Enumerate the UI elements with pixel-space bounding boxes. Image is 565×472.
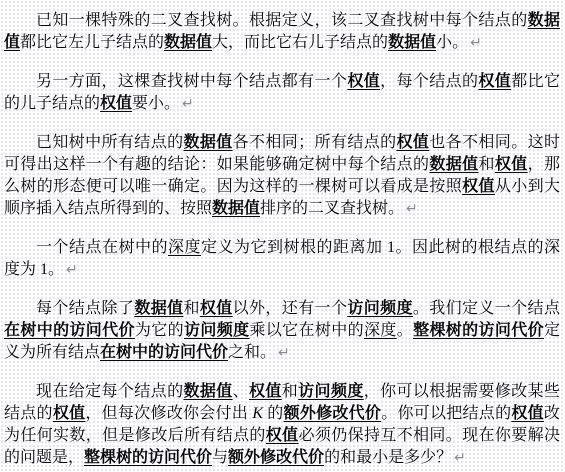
text-run: ，每个结点的 <box>380 73 478 90</box>
text-run: ，但每次修改你会付出 <box>85 405 252 422</box>
key-term: 访问频度 <box>347 300 413 317</box>
paragraph-1: 已知一棵特殊的二叉查找树。根据定义，该二叉查找树中每个结点的数据值都比它左儿子结… <box>4 10 560 54</box>
text-run: 排序的二叉查找树。 <box>260 200 404 217</box>
text-run: 每个结点除了 <box>36 300 134 317</box>
text-run: 和 <box>282 383 298 400</box>
key-term: 额外修改代价 <box>228 449 324 466</box>
key-term: 权值 <box>100 95 132 112</box>
paragraph-6: 现在给定每个结点的数据值、权值和访问频度，你可以根据需要修改某些结点的权值，但每… <box>4 381 560 469</box>
paragraph-mark-icon: ↵ <box>278 345 290 361</box>
text-run: 已知树中所有结点的 <box>36 134 183 151</box>
text-run: 的和最小是多少？ <box>324 449 452 466</box>
text-run: 定义为它到树根的距离加 <box>201 239 387 256</box>
text-run: 、 <box>233 383 249 400</box>
text-run: 要小。 <box>132 95 180 112</box>
key-term: 权值 <box>347 73 380 90</box>
key-term: 权值 <box>249 383 282 400</box>
text-run: 现在给定每个结点的 <box>36 383 183 400</box>
document-body: 已知一棵特殊的二叉查找树。根据定义，该二叉查找树中每个结点的数据值都比它左儿子结… <box>4 10 560 469</box>
text-run: 另一方面，这棵查找树中每个结点都有一个 <box>36 73 347 90</box>
text-run: 为它的 <box>135 322 184 339</box>
underlined-term: 深度 <box>168 239 201 256</box>
key-term: 访问频度 <box>184 322 249 339</box>
text-run: 以外，还有一个 <box>233 300 348 317</box>
key-term: 权值 <box>396 134 429 151</box>
paragraph-2: 另一方面，这棵查找树中每个结点都有一个权值，每个结点的权值都比它的儿子结点的权值… <box>4 71 560 115</box>
variable-k: K <box>252 405 263 422</box>
key-term: 数据值 <box>183 383 232 400</box>
text-run: 。 <box>397 322 413 339</box>
key-term: 访问频度 <box>298 383 364 400</box>
text-run: 与 <box>212 449 228 466</box>
number: 1 <box>387 239 395 256</box>
document-page: 已知一棵特殊的二叉查找树。根据定义，该二叉查找树中每个结点的数据值都比它左儿子结… <box>0 0 565 472</box>
paragraph-4: 一个结点在树中的深度定义为它到树根的距离加 1。因此树的根结点的深度为 1。↵ <box>4 237 560 281</box>
paragraph-mark-icon: ↵ <box>470 35 482 51</box>
text-run: 都比它左儿子结点的 <box>20 34 164 51</box>
key-term: 权值 <box>266 427 299 444</box>
text-run: 。你可以把结点的 <box>381 405 511 422</box>
text-run: 之和。 <box>228 344 276 361</box>
key-term: 整棵树的访问代价 <box>84 449 212 466</box>
paragraph-mark-icon: ↵ <box>454 450 466 466</box>
text-run: 大，而比它右儿子结点的 <box>212 34 388 51</box>
text-run: 一个结点在树中的 <box>36 239 168 256</box>
key-term: 数据值 <box>164 34 212 51</box>
text-run: 乘以它在树中的 <box>249 322 364 339</box>
paragraph-3: 已知树中所有结点的数据值各不相同；所有结点的权值也各不相同。这时可得出这样一个有… <box>4 132 560 220</box>
key-term: 额外修改代价 <box>284 405 382 422</box>
key-term: 数据值 <box>134 300 183 317</box>
key-term: 权值 <box>200 300 233 317</box>
text-run: 的 <box>263 405 284 422</box>
text-run: 。我们定义一个结点 <box>413 300 560 317</box>
key-term: 权值 <box>495 156 528 173</box>
text-run: 。 <box>48 261 64 278</box>
paragraph-mark-icon: ↵ <box>182 96 194 112</box>
paragraph-5: 每个结点除了数据值和权值以外，还有一个访问频度。我们定义一个结点在树中的访问代价… <box>4 298 560 364</box>
number: 1 <box>40 261 48 278</box>
text-run: 已知一棵特殊的二叉查找树。根据定义，该二叉查找树中每个结点的 <box>36 12 528 29</box>
key-term: 在树中的访问代价 <box>100 344 228 361</box>
key-term: 权值 <box>53 405 86 422</box>
text-run: 和 <box>479 156 495 173</box>
key-term: 数据值 <box>388 34 436 51</box>
key-term: 数据值 <box>183 134 232 151</box>
paragraph-mark-icon: ↵ <box>406 201 418 217</box>
paragraph-mark-icon: ↵ <box>66 262 78 278</box>
key-term: 权值 <box>462 178 495 195</box>
key-term: 数据值 <box>429 156 478 173</box>
key-term: 数据值 <box>212 200 260 217</box>
text-run: 小。 <box>436 34 468 51</box>
key-term: 权值 <box>478 73 511 90</box>
key-term: 权值 <box>511 405 544 422</box>
text-run: 各不相同；所有结点的 <box>233 134 397 151</box>
key-term: 整棵树的访问代价 <box>413 322 544 339</box>
underlined-term: 深度 <box>364 322 397 339</box>
key-term: 在树中的访问代价 <box>4 322 135 339</box>
text-run: 和 <box>183 300 199 317</box>
